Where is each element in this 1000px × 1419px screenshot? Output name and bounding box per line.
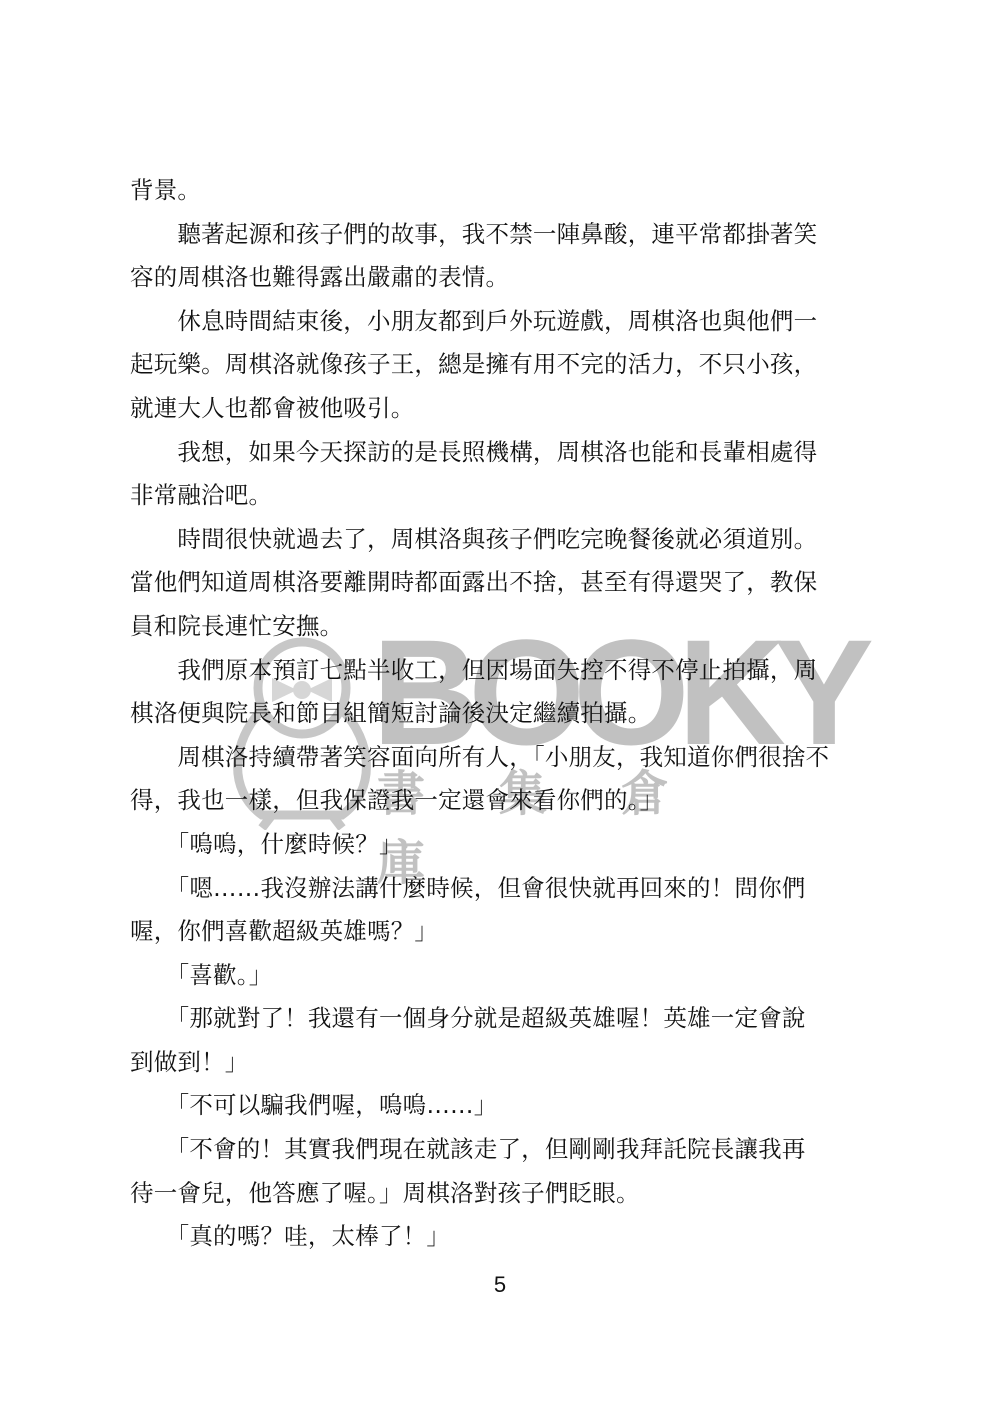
text-line: 當他們知道周棋洛要離開時都面露出不捨，甚至有得還哭了，教保 <box>130 564 860 608</box>
text-line: 「不可以騙我們喔，嗚嗚……」 <box>130 1087 860 1131</box>
text-line: 「嗯……我沒辦法講什麼時候，但會很快就再回來的！問你們 <box>130 870 860 914</box>
text-line: 容的周棋洛也難得露出嚴肅的表情。 <box>130 259 860 303</box>
text-line: 得，我也一樣，但我保證我一定還會來看你們的。」 <box>130 782 860 826</box>
text-line: 起玩樂。周棋洛就像孩子王，總是擁有用不完的活力，不只小孩， <box>130 346 860 390</box>
text-line: 聽著起源和孩子們的故事，我不禁一陣鼻酸，連平常都掛著笑 <box>130 216 860 260</box>
text-line: 就連大人也都會被他吸引。 <box>130 390 860 434</box>
text-line: 時間很快就過去了，周棋洛與孩子們吃完晚餐後就必須道別。 <box>130 521 860 565</box>
body-text: 背景。 聽著起源和孩子們的故事，我不禁一陣鼻酸，連平常都掛著笑 容的周棋洛也難得… <box>130 172 860 1262</box>
text-line: 「那就對了！我還有一個身分就是超級英雄喔！英雄一定會說 <box>130 1000 860 1044</box>
text-line: 「真的嗎？哇，太棒了！」 <box>130 1218 860 1262</box>
text-line: 到做到！」 <box>130 1044 860 1088</box>
text-line: 「喜歡。」 <box>130 957 860 1001</box>
text-line: 喔，你們喜歡超級英雄嗎？」 <box>130 913 860 957</box>
text-line: 「不會的！其實我們現在就該走了，但剛剛我拜託院長讓我再 <box>130 1131 860 1175</box>
text-line: 周棋洛持續帶著笑容面向所有人，「小朋友，我知道你們很捨不 <box>130 739 860 783</box>
text-line: 我們原本預訂七點半收工，但因場面失控不得不停止拍攝，周 <box>130 652 860 696</box>
text-line: 棋洛便與院長和節目組簡短討論後決定繼續拍攝。 <box>130 695 860 739</box>
text-line: 待一會兒，他答應了喔。」周棋洛對孩子們眨眼。 <box>130 1175 860 1219</box>
text-line: 非常融洽吧。 <box>130 477 860 521</box>
text-line: 背景。 <box>130 172 860 216</box>
text-line: 休息時間結束後，小朋友都到戶外玩遊戲，周棋洛也與他們一 <box>130 303 860 347</box>
text-line: 「嗚嗚，什麼時候？」 <box>130 826 860 870</box>
text-line: 員和院長連忙安撫。 <box>130 608 860 652</box>
text-line: 我想，如果今天探訪的是長照機構，周棋洛也能和長輩相處得 <box>130 434 860 478</box>
document-page: BOOKY 書集倉庫 背景。 聽著起源和孩子們的故事，我不禁一陣鼻酸，連平常都掛… <box>0 0 1000 1419</box>
page-number: 5 <box>0 1272 1000 1298</box>
